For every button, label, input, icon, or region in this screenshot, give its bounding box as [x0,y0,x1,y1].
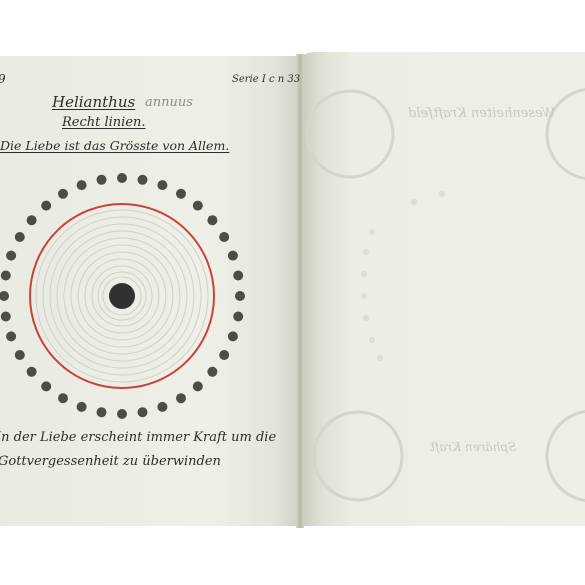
ghost-text-bottom: Sphären Kraft [430,440,516,454]
ghost-circles [302,52,585,526]
ghost-text-top: Wesenheiten Kraftfeld [408,106,555,121]
subtitle: Recht linien. [62,115,146,130]
title-pencil: annuus [145,95,193,110]
caption-line-1: In der Liebe erscheint immer Kraft um di… [0,430,276,445]
sunflower-diagram [0,146,300,446]
page-number: 9 [0,72,6,86]
title-ink: Helianthus [52,93,135,111]
center-core [109,283,135,309]
series-label: Serie I c n 33 [232,74,300,85]
caption-line-2: Gottvergessenheit zu überwinden [0,454,221,469]
